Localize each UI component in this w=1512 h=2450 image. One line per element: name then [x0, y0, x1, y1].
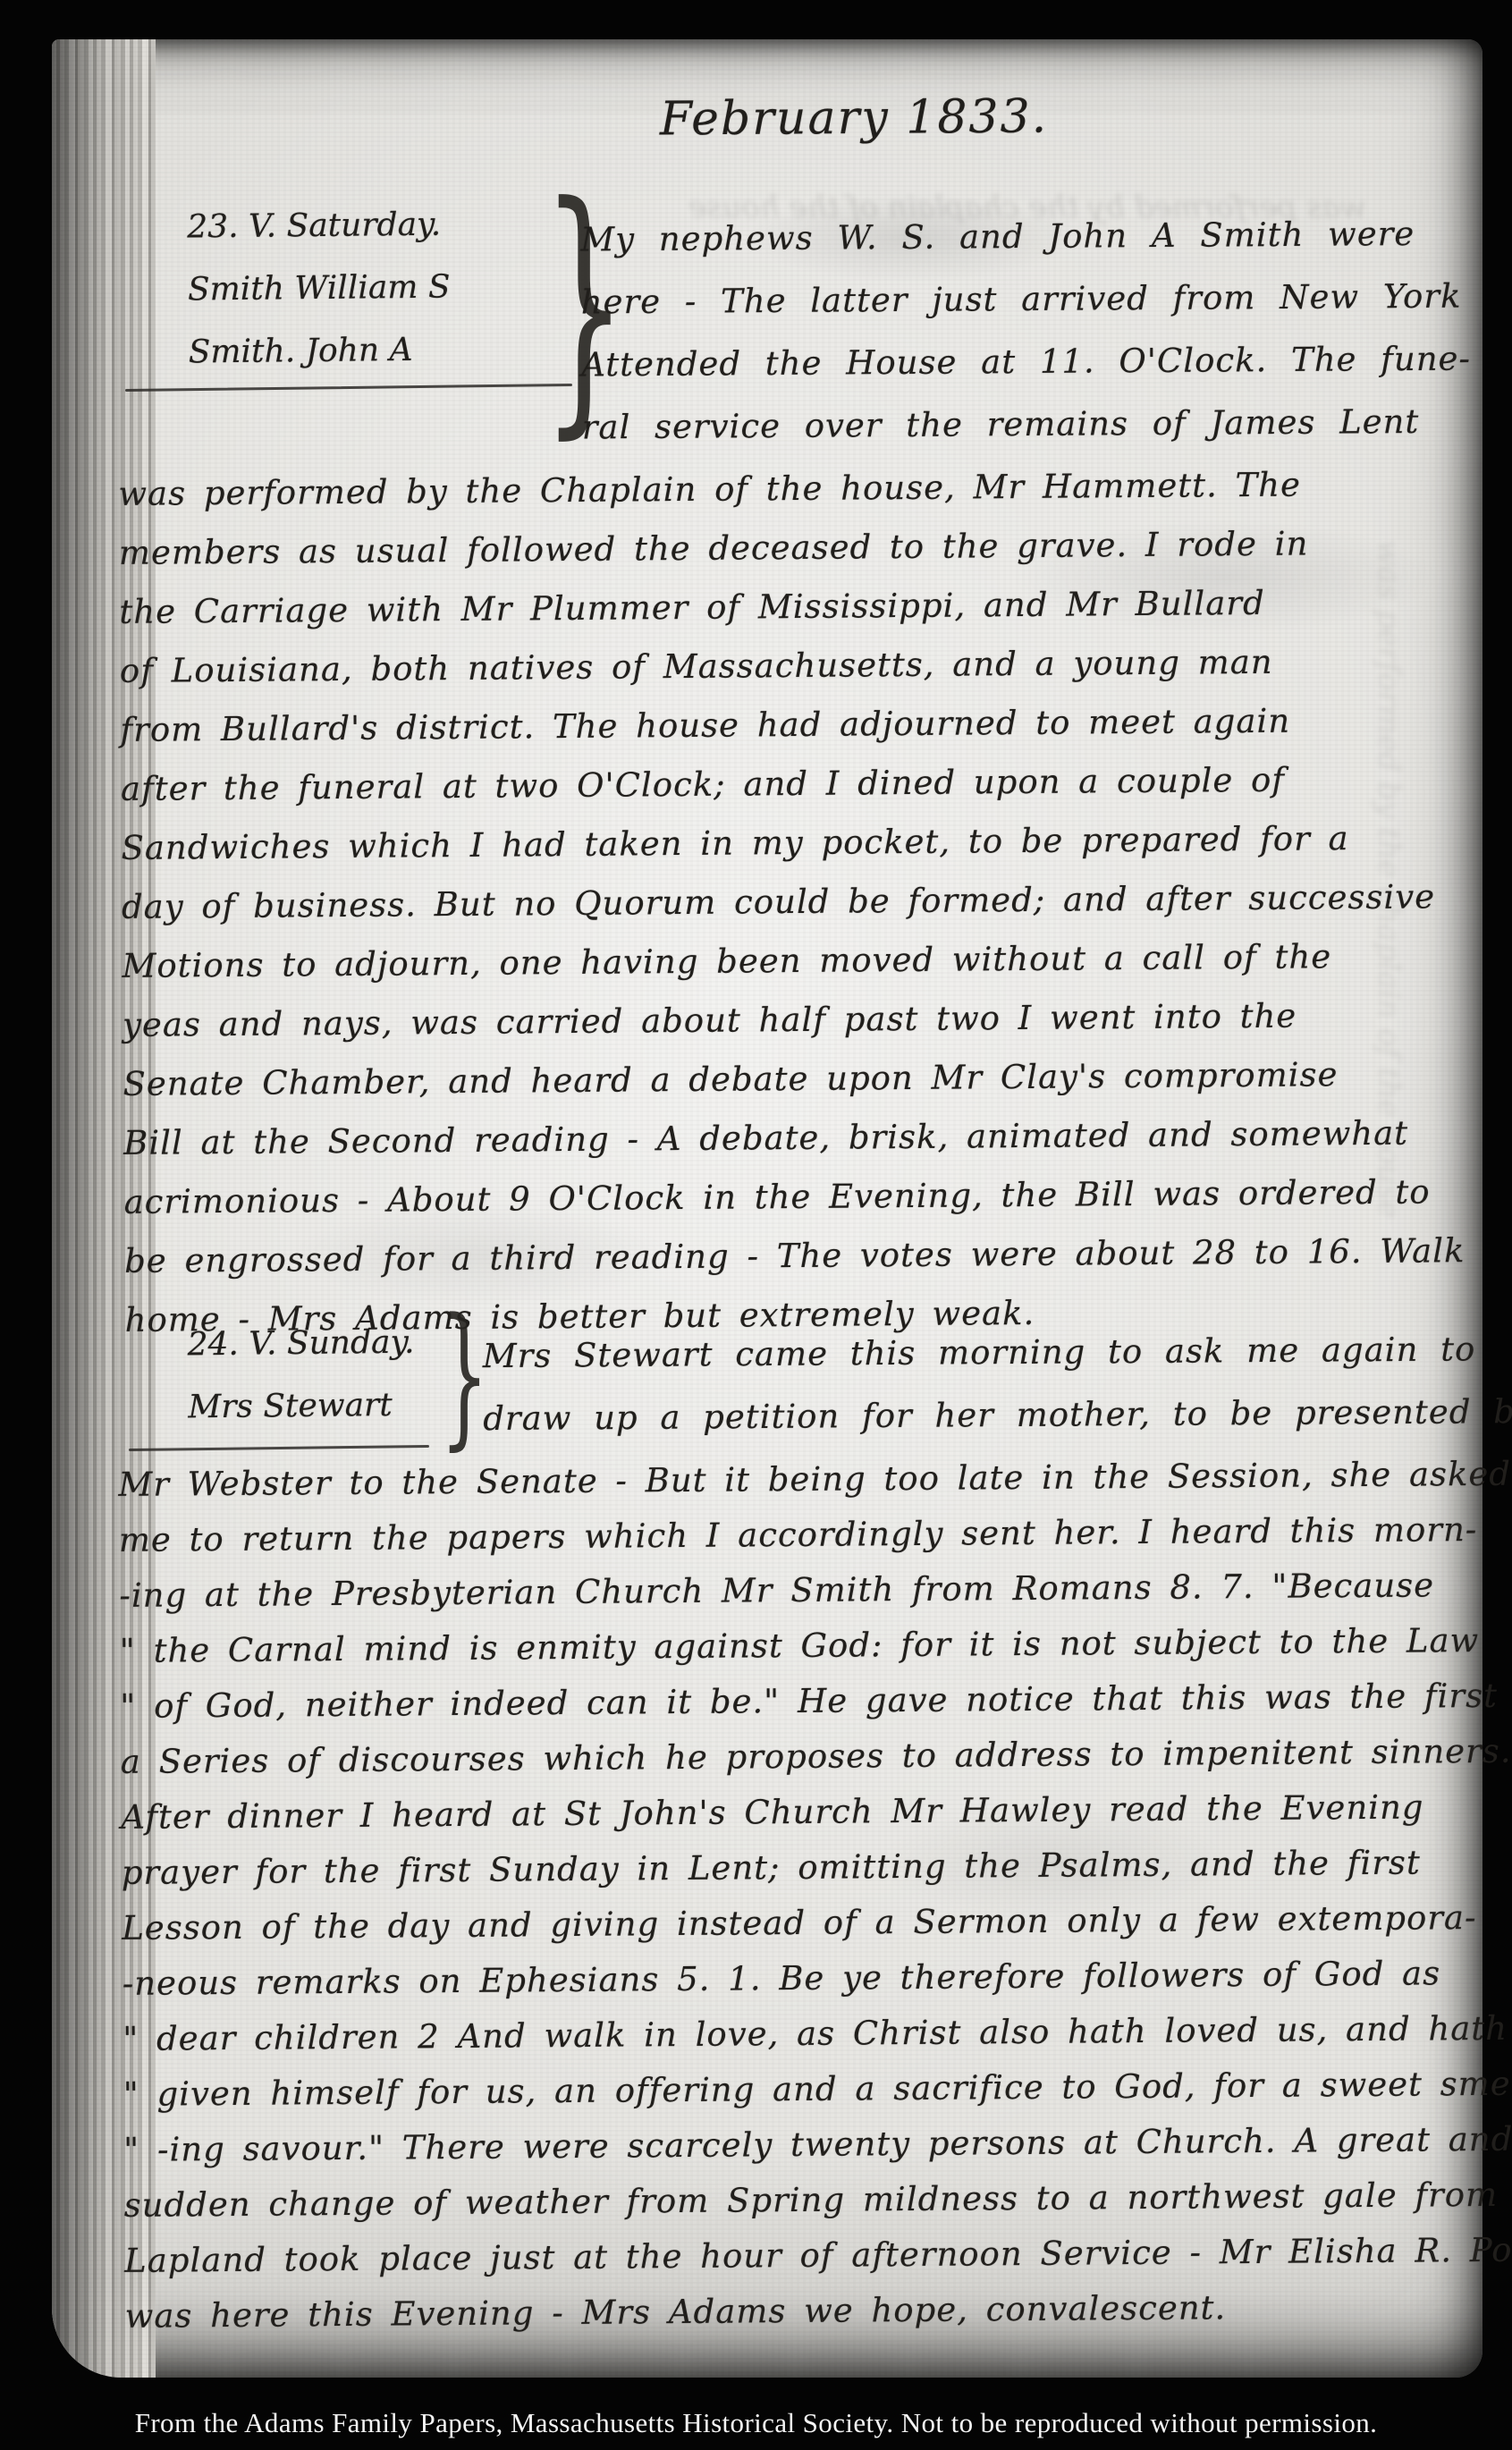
margin-line: 23. V. Saturday. — [187, 193, 450, 258]
margin-underline — [125, 384, 572, 392]
entry-body-lines: Mr Webster to the Senate - But it being … — [118, 1447, 1472, 2344]
manuscript-line: My nephews W. S. and John A Smith were — [580, 203, 1470, 272]
manuscript-line: after the funeral at two O'Clock; and I … — [121, 749, 1467, 819]
manuscript-line: members as usual followed the deceased t… — [119, 513, 1466, 583]
manuscript-line: be engrossed for a third reading - The v… — [124, 1221, 1471, 1291]
manuscript-line: was here this Evening - Mrs Adams we hop… — [124, 2278, 1471, 2344]
entry-date-marginalia: 23. V. Saturday. Smith William S Smith. … — [187, 193, 452, 384]
entry-indented-lines: Mrs Stewart came this morning to ask me … — [483, 1318, 1512, 1450]
entry-date-marginalia: 24. V. Sunday. Mrs Stewart — [187, 1312, 415, 1440]
margin-underline — [129, 1445, 429, 1451]
manuscript-line: ral service over the remains of James Le… — [582, 391, 1472, 460]
manuscript-line: here - The latter just arrived from New … — [581, 266, 1471, 334]
manuscript-line: of Louisiana, both natives of Massachuse… — [120, 631, 1466, 701]
manuscript-content: February 1833. 23. V. Saturday. Smith Wi… — [122, 39, 1468, 2378]
manuscript-line: sudden change of weather from Spring mil… — [123, 2167, 1470, 2234]
manuscript-line: Motions to adjourn, one having been move… — [122, 926, 1468, 996]
diary-page: was performed by the chaplain of the hou… — [52, 39, 1482, 2378]
diary-entry-feb-23: 23. V. Saturday. Smith William S Smith. … — [122, 195, 1468, 1357]
manuscript-line: -neous remarks on Ephesians 5. 1. Be ye … — [122, 1946, 1469, 2012]
manuscript-line: " dear children 2 And walk in love, as C… — [122, 2001, 1469, 2067]
manuscript-line: Sandwiches which I had taken in my pocke… — [121, 808, 1467, 878]
diary-entry-feb-24: 24. V. Sunday. Mrs Stewart } Mrs Stewart… — [122, 1313, 1468, 2368]
manuscript-line: Lapland took place just at the hour of a… — [124, 2223, 1471, 2289]
manuscript-line: from Bullard's district. The house had a… — [120, 690, 1466, 760]
manuscript-line: -ing at the Presbyterian Church Mr Smith… — [119, 1558, 1466, 1624]
manuscript-line: " given himself for us, an offering and … — [122, 2057, 1469, 2123]
manuscript-line: " the Carnal mind is enmity against God:… — [120, 1613, 1466, 1679]
archive-caption: From the Adams Family Papers, Massachuse… — [0, 2407, 1512, 2439]
manuscript-line: " of God, neither indeed can it be." He … — [120, 1669, 1466, 1735]
manuscript-line: Lesson of the day and giving instead of … — [122, 1890, 1468, 1956]
margin-line: Mrs Stewart — [188, 1374, 416, 1440]
margin-line: 24. V. Sunday. — [187, 1312, 415, 1377]
manuscript-line: yeas and nays, was carried about half pa… — [122, 985, 1469, 1055]
scanned-diary-photo: was performed by the chaplain of the hou… — [0, 0, 1512, 2450]
manuscript-line: Bill at the Second reading - A debate, b… — [123, 1103, 1470, 1173]
manuscript-line: was performed by the Chaplain of the hou… — [118, 454, 1465, 524]
manuscript-line: Mr Webster to the Senate - But it being … — [118, 1447, 1465, 1513]
manuscript-line: prayer for the first Sunday in Lent; omi… — [122, 1835, 1468, 1901]
margin-line: Smith. John A — [188, 318, 451, 384]
manuscript-line: draw up a petition for her mother, to be… — [483, 1381, 1512, 1450]
manuscript-line: Senate Chamber, and heard a debate upon … — [122, 1044, 1469, 1114]
entry-indented-lines: My nephews W. S. and John A Smith were h… — [580, 203, 1472, 460]
manuscript-line: Mrs Stewart came this morning to ask me … — [483, 1318, 1512, 1388]
manuscript-line: After dinner I heard at St John's Church… — [121, 1779, 1467, 1846]
brace-icon: } — [440, 1298, 489, 1452]
manuscript-line: day of business. But no Quorum could be … — [122, 867, 1468, 937]
manuscript-line: me to return the papers which I accordin… — [119, 1502, 1466, 1568]
margin-line: Smith William S — [188, 256, 451, 321]
manuscript-line: the Carriage with Mr Plummer of Mississi… — [119, 572, 1466, 642]
manuscript-line: a Series of discourses which he proposes… — [121, 1724, 1467, 1790]
entry-body-lines: was performed by the Chaplain of the hou… — [118, 454, 1472, 1350]
page-heading: February 1833. — [181, 87, 1512, 150]
manuscript-line: Attended the House at 11. O'Clock. The f… — [581, 328, 1471, 397]
manuscript-line: " -ing savour." There were scarcely twen… — [123, 2112, 1470, 2178]
manuscript-line: acrimonious - About 9 O'Clock in the Eve… — [123, 1162, 1470, 1232]
